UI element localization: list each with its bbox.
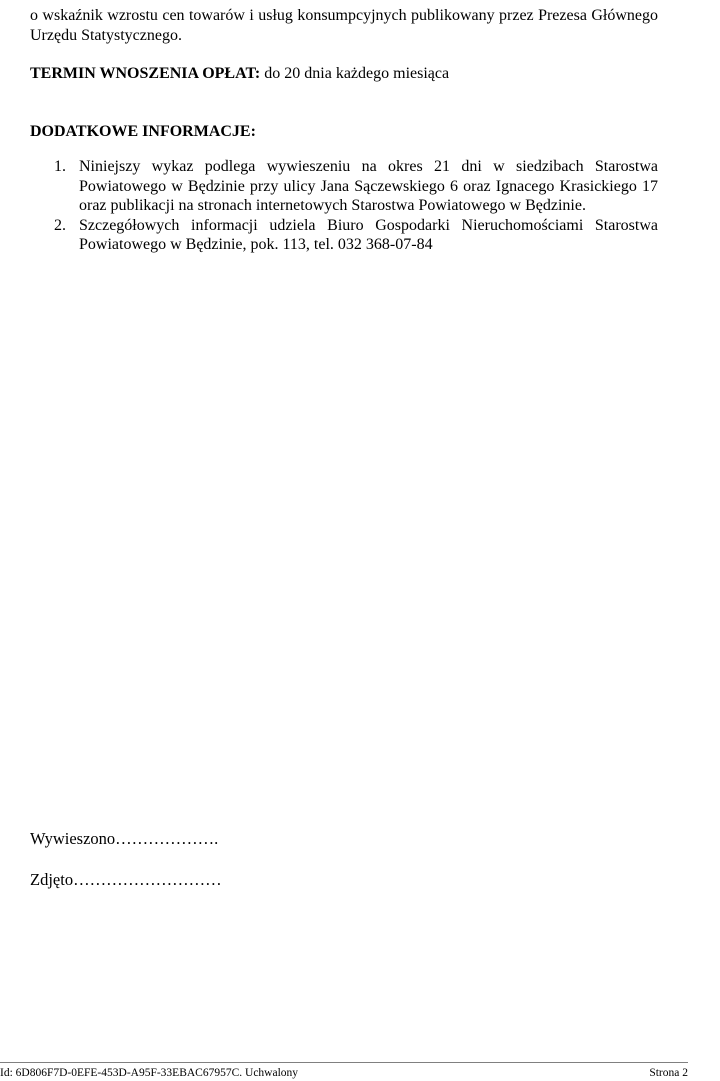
footer-page-number: Strona 2 (649, 1066, 688, 1080)
intro-paragraph: o wskaźnik wzrostu cen towarów i usług k… (30, 6, 658, 45)
payment-deadline: TERMIN WNOSZENIA OPŁAT: do 20 dnia każde… (30, 64, 658, 84)
list-item-number: 1. (54, 157, 66, 177)
additional-info-list: 1. Niniejszy wykaz podlega wywieszeniu n… (30, 157, 658, 255)
list-item-text: Szczegółowych informacji udziela Biuro G… (79, 217, 658, 254)
list-item-text: Niniejszy wykaz podlega wywieszeniu na o… (79, 158, 658, 214)
footer-divider (0, 1062, 688, 1063)
payment-deadline-value: do 20 dnia każdego miesiąca (260, 65, 449, 82)
posted-signature-line: Wywieszono………………. (30, 829, 218, 849)
removed-signature-line: Zdjęto……………………… (30, 870, 222, 890)
payment-deadline-label: TERMIN WNOSZENIA OPŁAT: (30, 65, 260, 82)
additional-info-heading: DODATKOWE INFORMACJE: (30, 122, 256, 142)
list-item: 1. Niniejszy wykaz podlega wywieszeniu n… (30, 157, 658, 216)
footer-document-id: Id: 6D806F7D-0EFE-453D-A95F-33EBAC67957C… (0, 1066, 298, 1080)
list-item-number: 2. (54, 216, 66, 236)
list-item: 2. Szczegółowych informacji udziela Biur… (30, 216, 658, 255)
